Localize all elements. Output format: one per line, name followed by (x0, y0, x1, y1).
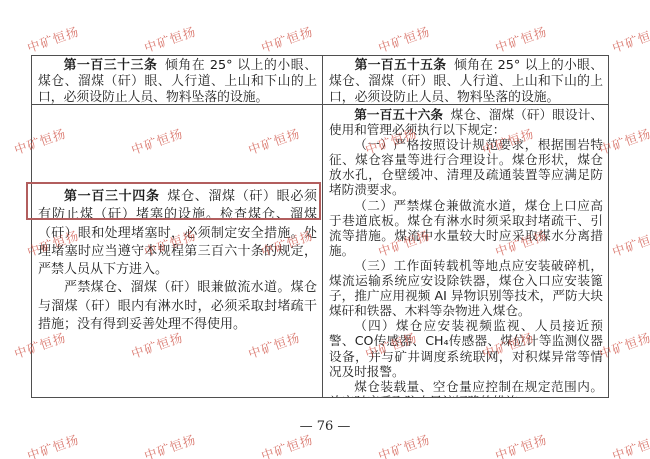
article-156-item-1: （一）严格按照设计规范要求，根据围岩特征、煤仓容量等进行合理设计。煤仓形状，煤仓… (329, 137, 603, 197)
article-156-intro: 第一百五十六条煤仓、溜煤（矸）眼设计、使用和管理必须执行以下规定： (329, 107, 603, 137)
watermark: 中矿恒扬 (610, 226, 650, 261)
watermark: 中矿恒扬 (259, 430, 316, 459)
watermark: 中矿恒扬 (25, 22, 82, 57)
watermark: 中矿恒扬 (142, 430, 199, 459)
article-155-heading: 第一百五十五条 (355, 58, 447, 73)
watermark: 中矿恒扬 (493, 22, 550, 57)
article-156-item-4b: 煤仓装载量、空仓量应控制在规定范围内。放空时应采取防止风流短路的措施。 (329, 379, 603, 397)
cell-article-134: 第一百三十四条煤仓、溜煤（矸）眼必须有防止煤（矸）堵塞的设施。检查煤仓、溜煤（矸… (32, 105, 323, 397)
article-156-heading: 第一百五十六条 (354, 107, 443, 122)
article-155-paragraph: 第一百五十五条倾角在 25° 以上的小眼、煤仓、溜煤（矸）眼、人行道、上山和下山… (329, 58, 603, 105)
article-156-item-3: （三）工作面转载机等地点应安装破碎机，煤流运输系统应安设除铁器，煤仓入口应安装篦… (329, 258, 603, 318)
watermark: 中矿恒扬 (25, 430, 82, 459)
watermark: 中矿恒扬 (376, 430, 433, 459)
watermark: 中矿恒扬 (142, 22, 199, 57)
watermark: 中矿恒扬 (610, 430, 650, 459)
article-134-paragraph-2: 严禁煤仓、溜煤（矸）眼兼做流水道。煤仓与溜煤（矸）眼内有淋水时，必须采取封堵疏干… (38, 279, 317, 334)
article-156-item-2: （二）严禁煤仓兼做流水道，煤仓上口应高于巷道底板。煤仓有淋水时须采取封堵疏干、引… (329, 198, 603, 258)
cell-article-156: 第一百五十六条煤仓、溜煤（矸）眼设计、使用和管理必须执行以下规定： （一）严格按… (323, 105, 608, 397)
watermark: 中矿恒扬 (610, 22, 650, 57)
article-156-item-4: （四）煤仓应安装视频监视、人员接近预警、CO传感器、CH₄传感器、煤位计等监测仪… (329, 318, 603, 378)
cell-article-155: 第一百五十五条倾角在 25° 以上的小眼、煤仓、溜煤（矸）眼、人行道、上山和下山… (323, 56, 608, 105)
article-133-paragraph: 第一百三十三条倾角在 25° 以上的小眼、煤仓、溜煤（矸）眼、人行道、上山和下山… (38, 58, 317, 105)
watermark: 中矿恒扬 (376, 22, 433, 57)
red-annotation-box (26, 182, 321, 220)
regulation-comparison-table: 第一百三十三条倾角在 25° 以上的小眼、煤仓、溜煤（矸）眼、人行道、上山和下山… (31, 55, 609, 398)
cell-article-133: 第一百三十三条倾角在 25° 以上的小眼、煤仓、溜煤（矸）眼、人行道、上山和下山… (32, 56, 323, 105)
article-133-heading: 第一百三十三条 (64, 58, 158, 73)
page-number: — 76 — (0, 419, 650, 434)
document-page: 第一百三十三条倾角在 25° 以上的小眼、煤仓、溜煤（矸）眼、人行道、上山和下山… (0, 0, 650, 459)
watermark: 中矿恒扬 (259, 22, 316, 57)
watermark: 中矿恒扬 (493, 430, 550, 459)
